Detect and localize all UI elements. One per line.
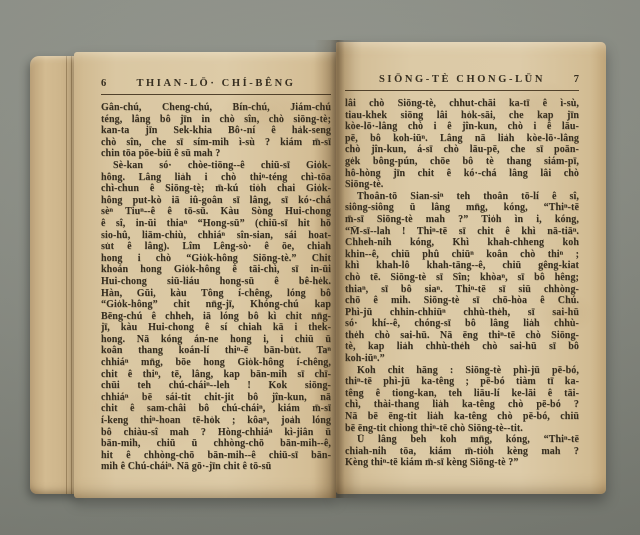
text-line: siông-siông ū lâng mn̄g, kóng, “Thiⁿ-tē bbox=[345, 202, 579, 214]
text-line: hông. Lâng lia̍h i chò thiⁿ-téng chì-tōa bbox=[101, 172, 331, 184]
text-line: tè, kap lia̍h chhù-the̍h chò sai-hū sī b… bbox=[345, 341, 579, 353]
text-line: Ū lâng beh koh mn̄g, kóng, “Thiⁿ-tē bbox=[345, 434, 579, 446]
text-line: sio-hû, liām-chiù, chhiáⁿ sîn-sian, sái … bbox=[101, 230, 331, 242]
text-line: koh-iūⁿ.” bbox=[345, 353, 579, 365]
text-line: the̍h chò sai-hū. Nā ēng thiⁿ-tē chò Siō… bbox=[345, 330, 579, 342]
text-line: hông put-kò iā iû-goân sī lâng, sī kó·-c… bbox=[101, 195, 331, 207]
text-line: kan-ta jīn Sek-khia Bô·-ní ê ha̍k-seng bbox=[101, 125, 331, 137]
text-line: lâi chò Siōng-tè, chhut-chāi ka-tī ê ì-s… bbox=[345, 98, 579, 110]
left-page-text: Gân-chú, Cheng-chú, Bín-chú, Jiám-chútén… bbox=[101, 102, 331, 473]
header-rule bbox=[345, 90, 579, 91]
running-title: SIŌNG-TÈ CHONG-LŪN bbox=[371, 74, 553, 86]
text-line: Gân-chú, Cheng-chú, Bín-chú, Jiám-chú bbox=[101, 102, 331, 114]
text-line: chò sîn, che sī sím-mih ì-sù ? kiám m̄-s… bbox=[101, 137, 331, 149]
right-running-header: SIŌNG-TÈ CHONG-LŪN 7 bbox=[345, 74, 579, 86]
text-line: pē, bô koh-iūⁿ. Lâng nā lia̍h kòe-lō·-lâ… bbox=[345, 133, 579, 145]
text-line: Thoân-tō Sian-siⁿ teh thoân tō-lí ê sî, bbox=[345, 191, 579, 203]
text-line: mih ê Chú-cháiⁿ. Nā gō·-jīn chit ê tō-sū bbox=[101, 461, 331, 473]
text-line: kòe-lō·-lâng chò i ê jîn-kun, chò i ê lā… bbox=[345, 121, 579, 133]
text-line: hit ê chhòng-chō bān-mih--ê chiū-sī bān- bbox=[101, 450, 331, 462]
right-page-content: SIŌNG-TÈ CHONG-LŪN 7 lâi chò Siōng-tè, c… bbox=[345, 74, 579, 469]
text-line: khoán hong Gio̍k-hông ê tāi-chì, sī in-ū… bbox=[101, 264, 331, 276]
text-line: sèⁿ Tiuⁿ--ê ê tō-sū. Kàu Sòng Hui-chong bbox=[101, 206, 331, 218]
text-line: chūi teh chú-cháiⁿ--leh ! Kok siōng- bbox=[101, 380, 331, 392]
page-number: 7 bbox=[553, 74, 579, 86]
left-running-header: 6 THIAN-LŌ· CHÍ-BÊNG bbox=[101, 78, 331, 90]
text-line: thiⁿ-tē phì-jū ka-têng ; pē-bó tiàm tī k… bbox=[345, 376, 579, 388]
page-number: 6 bbox=[101, 78, 127, 90]
text-line: khì khah-lô khah-tāng--ê, chiū gêng-kiat bbox=[345, 260, 579, 272]
text-line: têng ê tiong-kan, teh liāu-lí ke-lāi ê t… bbox=[345, 388, 579, 400]
text-line: tiau-khek siōng lâi ho̍k-sāi, che kap jī… bbox=[345, 110, 579, 122]
text-line: Nā bē ēng-tit lia̍h ka-têng chò pē-bó, c… bbox=[345, 411, 579, 423]
text-line: m̄-sī Siōng-tè mah ?” Tio̍h ìn i, kóng, bbox=[345, 214, 579, 226]
text-line: ge̍k bông-pún, chōe bô tè thang siám-pī, bbox=[345, 156, 579, 168]
text-line: téng, lâng bô jīn in chò sîn, chò siōng-… bbox=[101, 114, 331, 126]
left-page: 6 THIAN-LŌ· CHÍ-BÊNG Gân-chú, Cheng-chú,… bbox=[74, 52, 336, 498]
text-line: ê sî, in-ūi thiaⁿ “Hong-sū” (chiū-sī hit… bbox=[101, 218, 331, 230]
right-page-text: lâi chò Siōng-tè, chhut-chāi ka-tī ê ì-s… bbox=[345, 98, 579, 469]
text-line: chì-chun ê Siōng-tè; m̄-kú tio̍h chai Gi… bbox=[101, 183, 331, 195]
text-line: só· khí--ê, chóng-sī bô lâng lia̍h chhù- bbox=[345, 318, 579, 330]
text-line: chò jîn-kun, á-sī chò lāu-pē, che sī poā… bbox=[345, 144, 579, 156]
text-line: chit ê thiⁿ, tē, lâng, kap bān-mih sī ch… bbox=[101, 369, 331, 381]
header-rule bbox=[101, 94, 331, 95]
text-line: Phì-jū chhin-chhiūⁿ chhù-the̍h, sī sai-h… bbox=[345, 307, 579, 319]
text-line: Hui-chong siū-liáu hong-sū ê bê-he̍k. bbox=[101, 276, 331, 288]
text-line: chò tē. Siōng-tè sī Sîn; khòaⁿ, sī bô hê… bbox=[345, 272, 579, 284]
text-line: chin tōa pōe-biū ê sū mah ? bbox=[101, 148, 331, 160]
text-line: koân thang koán-lí thiⁿ-ē bān-bu̍t. Taⁿ bbox=[101, 345, 331, 357]
text-line: hong. Nā kóng án-ne hong i, i chiū ū bbox=[101, 334, 331, 346]
text-line: Bēng-chú ê chheh, iā lóng bô kì chit nn̄… bbox=[101, 311, 331, 323]
text-line: bô chiàu-sî mah ? Hòng-chhiáⁿ kì-jiân ū bbox=[101, 427, 331, 439]
photo-background: 6 THIAN-LŌ· CHÍ-BÊNG Gân-chú, Cheng-chú,… bbox=[0, 0, 640, 535]
text-line: í-keng thiⁿ-hoan tē-ho̍k ; kôaⁿ, joa̍h l… bbox=[101, 415, 331, 427]
text-line: “Gio̍k-hông” chit nn̄g-jī, Khóng-chú kap bbox=[101, 299, 331, 311]
text-line: hong i chò “Gio̍k-hông Siōng-tè.” Chit bbox=[101, 253, 331, 265]
text-line: Siōng-tè. bbox=[345, 179, 579, 191]
text-line: bē ēng-tit chiong thiⁿ-tē chò Siōng-tè--… bbox=[345, 423, 579, 435]
text-line: Kèng thiⁿ-tē kiám m̄-sī kèng Siōng-tè ?” bbox=[345, 457, 579, 469]
text-line: thiaⁿ, sī bô siaⁿ. Thiⁿ-tē sī siū chhòng… bbox=[345, 284, 579, 296]
open-book: 6 THIAN-LŌ· CHÍ-BÊNG Gân-chú, Cheng-chú,… bbox=[30, 40, 607, 500]
text-line: Chheh-ni̍h kóng, Khì khah-chheng koh bbox=[345, 237, 579, 249]
running-title: THIAN-LŌ· CHÍ-BÊNG bbox=[127, 78, 305, 90]
text-line: Koh chit hāng : Siōng-tè phì-jū pē-bó, bbox=[345, 365, 579, 377]
text-line: “M̄-sī--lah ! Thiⁿ-tē sī chit ê khì nā-t… bbox=[345, 226, 579, 238]
right-page: SIŌNG-TÈ CHONG-LŪN 7 lâi chò Siōng-tè, c… bbox=[336, 42, 606, 494]
text-line: hô-hòng jīn chit ê kó·-chá lâng lâi chò bbox=[345, 168, 579, 180]
text-line: chhiáⁿ mn̄g, bōe hong Gio̍k-hông í-chêng… bbox=[101, 357, 331, 369]
text-line: chiah-ni̍h tōa, kiám m̄-tio̍h kèng mah ? bbox=[345, 446, 579, 458]
text-line: chhiáⁿ bē sái-tit chi̍t-ji̍t bô jîn-kun,… bbox=[101, 392, 331, 404]
text-line: Sè-kan só· chòe-tiōng--ê chiū-sī Gio̍k- bbox=[101, 160, 331, 172]
left-page-content: 6 THIAN-LŌ· CHÍ-BÊNG Gân-chú, Cheng-chú,… bbox=[101, 78, 331, 473]
text-line: khin--ê, chiū phû chiūⁿ koân chò thiⁿ ; bbox=[345, 249, 579, 261]
text-line: chì, thài-thang lia̍h ka-têng chò pē-bó … bbox=[345, 399, 579, 411]
text-line: bān-mih, chiū ū chhòng-chō bān-mih--ê, bbox=[101, 438, 331, 450]
text-line: su̍t ê lâng). Lîm Lêng-sò· ê ōe, chiah bbox=[101, 241, 331, 253]
text-line: Hàn, Gūi, kàu Tông í-chêng, lóng bô bbox=[101, 288, 331, 300]
text-line: jī, kàu Hui-chong ê sí chiah kā i thek- bbox=[101, 322, 331, 334]
text-line: chō ê mih. Siōng-tè sī chō-hòa ê Chú. bbox=[345, 295, 579, 307]
text-line: chit ê sam-châi bô chú-cháiⁿ, kiám m̄-sī bbox=[101, 403, 331, 415]
